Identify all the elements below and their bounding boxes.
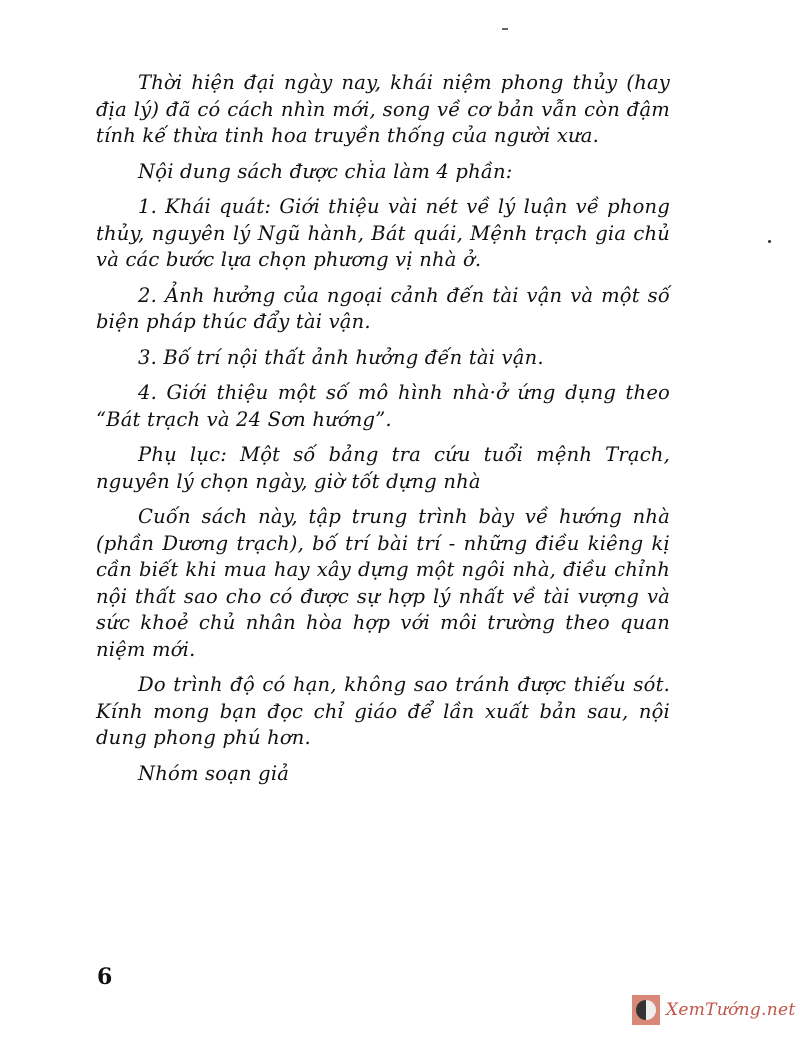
scan-speck [502, 28, 508, 30]
paragraph-apology: Do trình độ có hạn, không sao tránh được… [96, 672, 670, 752]
paragraph-signature: Nhóm soạn giả [96, 761, 670, 788]
paragraph-intro: Thời hiện đại ngày nay, khái niệm phong … [96, 70, 670, 150]
paragraph-part-1: 1. Khái quát: Giới thiệu vài nét về lý l… [96, 194, 670, 274]
scan-speck [768, 240, 771, 243]
page-number: 6 [97, 964, 112, 990]
paragraph-appendix: Phụ lục: Một số bảng tra cứu tuổi mệnh T… [96, 442, 670, 495]
page-body: Thời hiện đại ngày nay, khái niệm phong … [96, 70, 670, 796]
paragraph-contents-heading: Nội dung sách được chia làm 4 phần: [96, 159, 670, 186]
paragraph-part-4: 4. Giới thiệu một số mô hình nhà·ở ứng d… [96, 380, 670, 433]
paragraph-book-focus: Cuốn sách này, tập trung trình bày về hư… [96, 504, 670, 663]
watermark-text: XemTướng.net [666, 1000, 795, 1020]
paragraph-part-3: 3. Bố trí nội thất ảnh hưởng đến tài vận… [96, 345, 670, 372]
watermark-logo: XemTướng.net [632, 995, 795, 1025]
paragraph-part-2: 2. Ảnh hưởng của ngoại cảnh đến tài vận … [96, 283, 670, 336]
yin-yang-icon [632, 995, 660, 1025]
